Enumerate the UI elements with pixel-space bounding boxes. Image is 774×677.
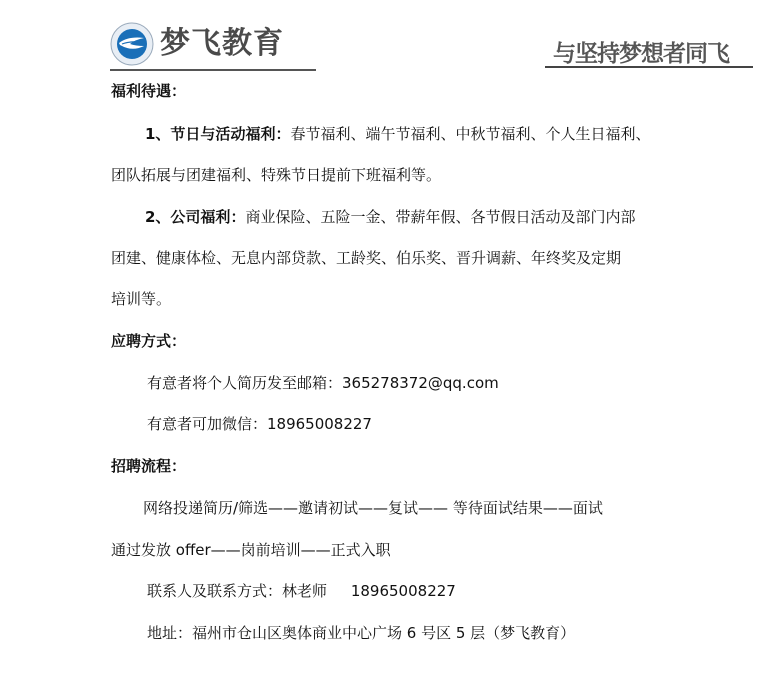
process-title: 招聘流程： (111, 456, 186, 476)
slogan-underline (545, 66, 753, 68)
slogan: 与坚持梦想者同飞 (553, 40, 729, 68)
welfare-item2-text: 商业保险、五险一金、带薪年假、各节假日活动及部门内部 (245, 208, 635, 226)
welfare-item1-cont: 团队拓展与团建福利、特殊节日提前下班福利等。 (111, 165, 441, 185)
page-header: 梦飞教育 与坚持梦想者同飞 (0, 0, 774, 75)
logo-text: 梦飞教育 (160, 26, 284, 62)
address-line: 地址：福州市仓山区奥体商业中心广场 6 号区 5 层（梦飞教育） (147, 623, 575, 643)
apply-title: 应聘方式： (111, 331, 186, 351)
welfare-item2-label: 2、公司福利： (145, 208, 245, 226)
logo-emblem-icon (110, 22, 154, 66)
welfare-item2-cont2: 培训等。 (111, 289, 171, 309)
process-steps-line1: 网络投递简历/筛选——邀请初试——复试—— 等待面试结果——面试 (143, 498, 603, 518)
welfare-item2: 2、公司福利：商业保险、五险一金、带薪年假、各节假日活动及部门内部 (145, 207, 635, 227)
company-logo: 梦飞教育 (110, 22, 284, 66)
welfare-item1-label: 1、节日与活动福利： (145, 125, 290, 143)
welfare-item1-text: 春节福利、端午节福利、中秋节福利、个人生日福利、 (290, 125, 650, 143)
welfare-item1: 1、节日与活动福利：春节福利、端午节福利、中秋节福利、个人生日福利、 (145, 124, 650, 144)
apply-wechat-line: 有意者可加微信：18965008227 (147, 414, 372, 434)
welfare-item2-cont1: 团建、健康体检、无息内部贷款、工龄奖、伯乐奖、晋升调薪、年终奖及定期 (111, 248, 621, 268)
process-steps-line2: 通过发放 offer——岗前培训——正式入职 (111, 540, 391, 560)
contact-line: 联系人及联系方式：林老师 18965008227 (147, 581, 456, 601)
apply-email-line: 有意者将个人简历发至邮箱：365278372@qq.com (147, 373, 499, 393)
welfare-title: 福利待遇： (111, 81, 186, 101)
logo-underline (110, 69, 316, 71)
